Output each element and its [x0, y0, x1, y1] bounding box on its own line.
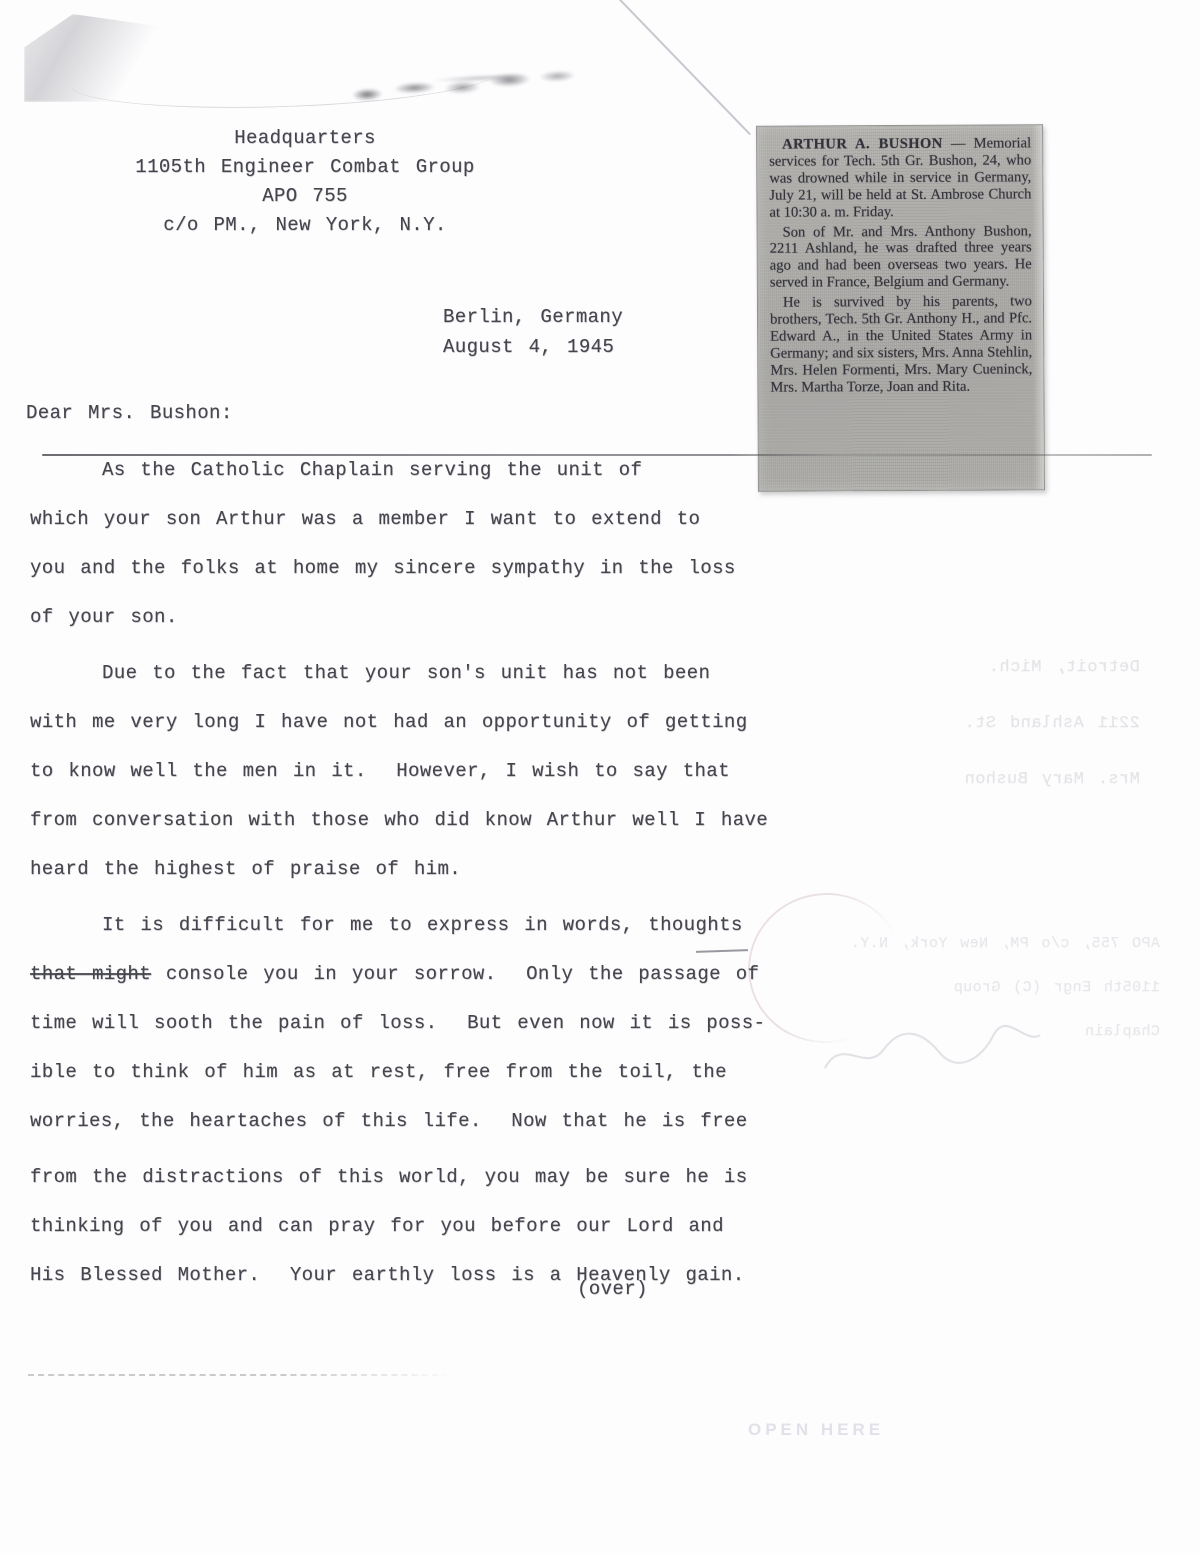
body-line: time will sooth the pain of loss. But ev…	[30, 999, 770, 1048]
clipping-paragraph: Son of Mr. and Mrs. Anthony Bushon, 2211…	[770, 223, 1032, 292]
dateline-date: August 4, 1945	[443, 332, 623, 362]
body-line: worries, the heartaches of this life. No…	[30, 1097, 770, 1146]
salutation: Dear Mrs. Bushon:	[26, 402, 233, 424]
body-line: you and the folks at home my sincere sym…	[30, 544, 770, 593]
body-line: It is difficult for me to express in wor…	[30, 901, 770, 950]
letterhead-line: c/o PM., New York, N.Y.	[85, 211, 525, 240]
bleed-through-address: Detroit, Mich. 2211 Ashland St. Mrs. Mar…	[740, 640, 1140, 808]
letter-body: As the Catholic Chaplain serving the uni…	[30, 446, 770, 1300]
struck-text: that might	[30, 963, 151, 985]
body-line: His Blessed Mother. Your earthly loss is…	[30, 1251, 770, 1300]
letterhead-line: Headquarters	[85, 124, 525, 153]
body-line: Due to the fact that your son's unit has…	[30, 649, 770, 698]
body-line: from the distractions of this world, you…	[30, 1153, 770, 1202]
body-line: heard the highest of praise of him.	[30, 845, 770, 894]
body-line: from conversation with those who did kno…	[30, 796, 770, 845]
bleed-line: Mrs. Mary Bushon	[740, 752, 1140, 808]
dateline-place: Berlin, Germany	[443, 302, 623, 332]
body-line: ible to think of him as at rest, free fr…	[30, 1048, 770, 1097]
clipping-headline-name: ARTHUR A. BUSHON	[782, 136, 943, 153]
dashed-crease-line	[28, 1374, 458, 1376]
bleed-line: 1105th Engr (C) Group	[780, 966, 1160, 1010]
letterhead-line: APO 755	[85, 182, 525, 211]
body-line: which your son Arthur was a member I wan…	[30, 495, 770, 544]
clipping-paragraph: ARTHUR A. BUSHON — Memorial services for…	[769, 135, 1031, 221]
over-label: (over)	[577, 1278, 648, 1300]
body-line-text: console you in your sorrow. Only the pas…	[151, 963, 759, 985]
body-line: of your son.	[30, 593, 770, 642]
bleed-line: 2211 Ashland St.	[740, 696, 1140, 752]
open-here-label: OPEN HERE	[748, 1420, 884, 1440]
bleed-line: APO 755, c/o PM, New York, N.Y.	[780, 922, 1160, 966]
body-line: to know well the men in it. However, I w…	[30, 747, 770, 796]
scanned-letter-page: Headquarters 1105th Engineer Combat Grou…	[0, 0, 1200, 1553]
letterhead-line: 1105th Engineer Combat Group	[85, 153, 525, 182]
bleed-line: Detroit, Mich.	[740, 640, 1140, 696]
body-line: with me very long I have not had an oppo…	[30, 698, 770, 747]
clipping-paragraph: He is survived by his parents, two broth…	[770, 293, 1033, 396]
dateline: Berlin, Germany August 4, 1945	[443, 302, 623, 362]
body-line: that might console you in your sorrow. O…	[30, 950, 770, 999]
letterhead: Headquarters 1105th Engineer Combat Grou…	[85, 124, 525, 240]
news-clipping: ARTHUR A. BUSHON — Memorial services for…	[756, 124, 1045, 491]
body-line: As the Catholic Chaplain serving the uni…	[30, 446, 770, 495]
body-line: thinking of you and can pray for you bef…	[30, 1202, 770, 1251]
corner-fold-line	[611, 0, 751, 135]
